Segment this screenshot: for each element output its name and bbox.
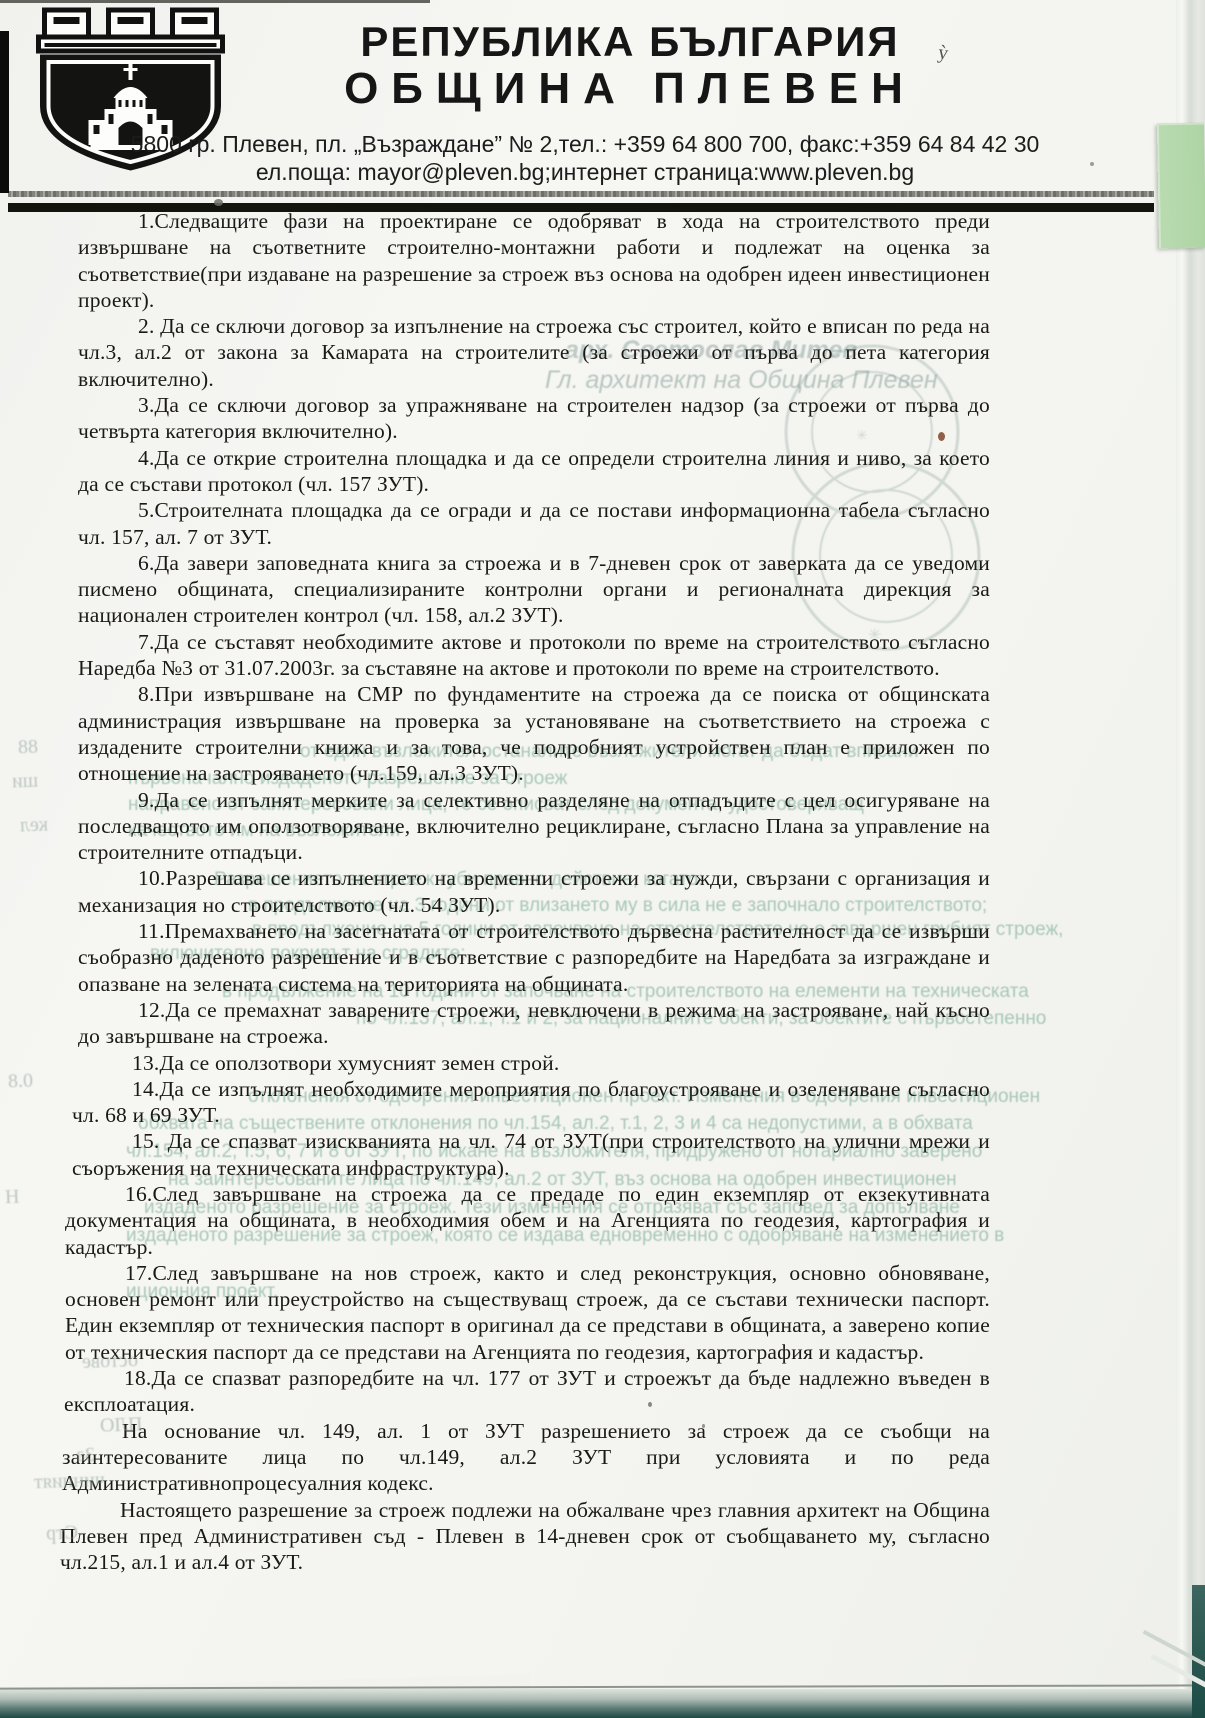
document-paragraph: 9.Да се изпълнят мерките за селективно р…: [78, 787, 990, 866]
dust-speck: [1090, 162, 1094, 166]
document-paragraph: 16.След завършване на строежа да се пред…: [65, 1181, 990, 1260]
document-paragraph: 14.Да се изпълнят необходимите мероприят…: [72, 1076, 990, 1129]
page-title-republic: РЕПУБЛИКА БЪЛГАРИЯ: [250, 18, 1010, 66]
document-paragraph: 13.Да се оползотвори хумусният земен стр…: [72, 1050, 990, 1076]
document-paragraph: 8.При извършване на СМР по фундаментите …: [78, 681, 990, 786]
mirrored-text-fragment: остове: [82, 1349, 139, 1374]
document-paragraph: 2. Да се сключи договор за изпълнение на…: [78, 313, 990, 392]
document-paragraph: 4.Да се открие строителна площадка и да …: [78, 445, 990, 498]
mirrored-text-fragment: Стр: [46, 1521, 79, 1545]
document-paragraph: 17.След завършване на нов строеж, както …: [65, 1260, 990, 1365]
mirrored-text-fragment: Н: [5, 1186, 20, 1209]
scanned-document-page: РЕПУБЛИКА БЪЛГАРИЯ ОБЩИНА ПЛЕВЕН 5800 гр…: [0, 0, 1205, 1718]
scan-top-edge: [0, 0, 430, 3]
document-paragraph: 1.Следващите фази на проектиране се одоб…: [78, 208, 990, 313]
document-paragraph: 3.Да се сключи договор за упражняване на…: [78, 392, 990, 445]
mirrored-text-fragment: 0.8: [8, 1070, 34, 1094]
document-paragraph: 7.Да се съставят необходимите актове и п…: [78, 629, 990, 682]
scanner-bed-corner: [1192, 1585, 1205, 1718]
document-paragraph: 5.Строителната площадка да се огради и д…: [78, 497, 990, 550]
page-stack-right-edge: [1176, 0, 1205, 1718]
dust-speck: [702, 1424, 705, 1428]
page-fold-left: [0, 200, 76, 1688]
document-paragraph: 6.Да завери заповедната книга за строежа…: [78, 550, 990, 629]
document-paragraph: 12.Да се премахнат заварените строежи, н…: [78, 997, 990, 1050]
document-paragraph: На основание чл. 149, ал. 1 от ЗУТ разре…: [62, 1418, 990, 1497]
scanner-bed-bottom: [0, 1689, 1205, 1718]
document-paragraph: 15. Да се спазват изискванията на чл. 74…: [72, 1128, 990, 1181]
header-divider-gray: [8, 191, 1154, 197]
document-body: 1.Следващите фази на проектиране се одоб…: [78, 208, 990, 1575]
document-paragraph: 11.Премахването на засегнатата от строит…: [78, 918, 990, 997]
page-title-municipality: ОБЩИНА ПЛЕВЕН: [250, 64, 1010, 114]
mirrored-text-fragment: чинният: [34, 1469, 106, 1494]
header-address-line: 5800 гр. Плевен, пл. „Възраждане” № 2,те…: [30, 131, 1140, 158]
document-paragraph: 10.Разрешава се изпълнението на временни…: [78, 865, 990, 918]
header-email-line: ел.поща: mayor@pleven.bg;интернет страни…: [30, 159, 1140, 186]
document-paragraph: 18.Да се спазват разпоредбите на чл. 177…: [64, 1365, 990, 1418]
mirrored-text-fragment: кел: [20, 814, 49, 838]
mirrored-text-fragment: ши: [12, 770, 39, 794]
header-divider-black: [8, 203, 1154, 212]
mirrored-text-fragment: За: [76, 1444, 96, 1468]
dust-speck: [938, 432, 945, 441]
mirrored-text-fragment: ПЛО: [100, 1413, 143, 1437]
mirrored-text-fragment: 88: [18, 736, 39, 760]
dust-speck: [214, 199, 223, 206]
green-sticky-note: [1157, 123, 1205, 249]
scan-left-edge-bar: [0, 31, 9, 193]
dust-speck: [648, 1402, 652, 1407]
document-paragraph: Настоящето разрешение за строеж подлежи …: [60, 1497, 990, 1576]
